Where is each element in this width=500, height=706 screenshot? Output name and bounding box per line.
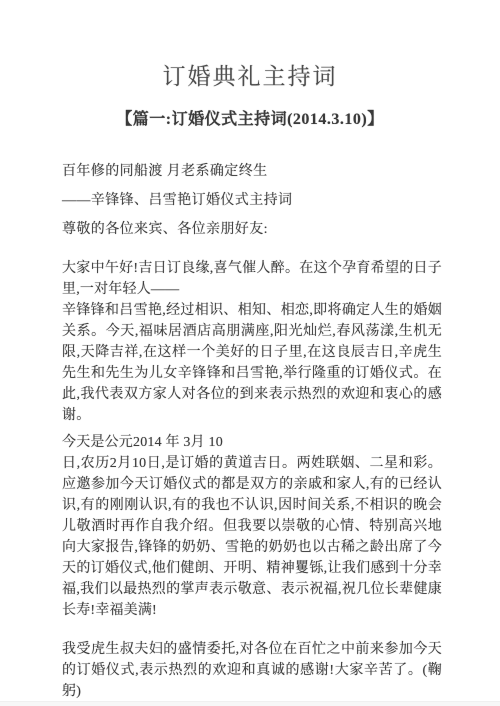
document-body: 百年修的同船渡 月老系确定终生——辛锋锋、吕雪艳订婚仪式主持词尊敬的各位来宾、各… (62, 157, 442, 702)
text-line: 尊敬的各位来宾、各位亲朋好友: (62, 215, 442, 244)
text-line: 百年修的同船渡 月老系确定终生 (62, 157, 442, 186)
paragraph: 我受虎生叔夫妇的盛情委托,对各位在百忙之中前来参加今天的订婚仪式,表示热烈的欢迎… (62, 639, 442, 702)
page-bottom-edge (0, 701, 500, 706)
document-page: 订婚典礼主持词 【篇一:订婚仪式主持词(2014.3.10)】 百年修的同船渡 … (0, 0, 500, 706)
paragraph: 辛锋锋和吕雪艳,经过相识、相知、相恋,即将确定人生的婚姻关系。今天,福味居酒店高… (62, 300, 442, 426)
document-title: 订婚典礼主持词 (0, 0, 500, 91)
text-line: ——辛锋锋、吕雪艳订婚仪式主持词 (62, 186, 442, 215)
paragraph: 大家中午好!吉日订良缘,喜气催人醉。在这个孕育希望的日子里,一对年轻人—— (62, 258, 442, 300)
section-heading: 【篇一:订婚仪式主持词(2014.3.10)】 (0, 106, 500, 129)
paragraph: 今天是公元2014 年 3月 10 (62, 432, 442, 453)
paragraph: 日,农历2月10日,是订婚的黄道吉日。两姓联姻、二星和彩。应邀参加今天订婚仪式的… (62, 453, 442, 621)
